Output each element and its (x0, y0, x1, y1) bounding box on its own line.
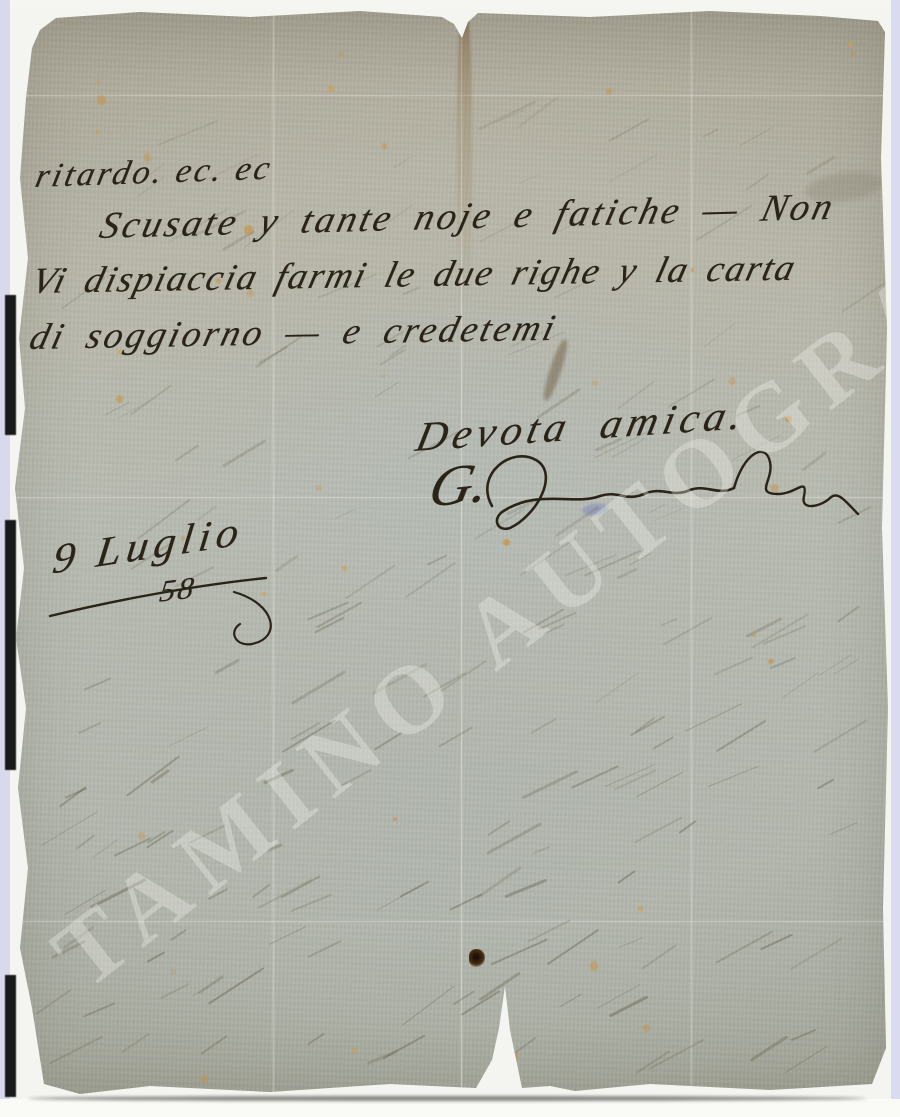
paper-edge-shadow-left (5, 975, 16, 1097)
letter-paper: ritardo. ec. ec Scusate y tante noje e f… (10, 8, 893, 1100)
fold-crease-horizontal-bottom (10, 920, 893, 923)
fold-crease-horizontal-top (10, 94, 893, 97)
fold-crease-vertical-right (690, 8, 693, 1100)
signature-flourish (478, 440, 878, 550)
fold-crease-vertical-left (272, 8, 275, 1100)
scanned-letter-page: { "scan": { "watermark_text": "TAMINO AU… (0, 0, 900, 1117)
scanner-bed-top (0, 0, 900, 9)
paper-edge-shadow-left (5, 520, 16, 770)
paper-edge-shadow-bottom (28, 1096, 866, 1101)
scanner-bed-right (891, 0, 900, 1117)
date-underline-flourish (38, 564, 308, 654)
paper-edge-shadow-left (5, 295, 16, 435)
scanner-bed-bottom (0, 1099, 900, 1117)
